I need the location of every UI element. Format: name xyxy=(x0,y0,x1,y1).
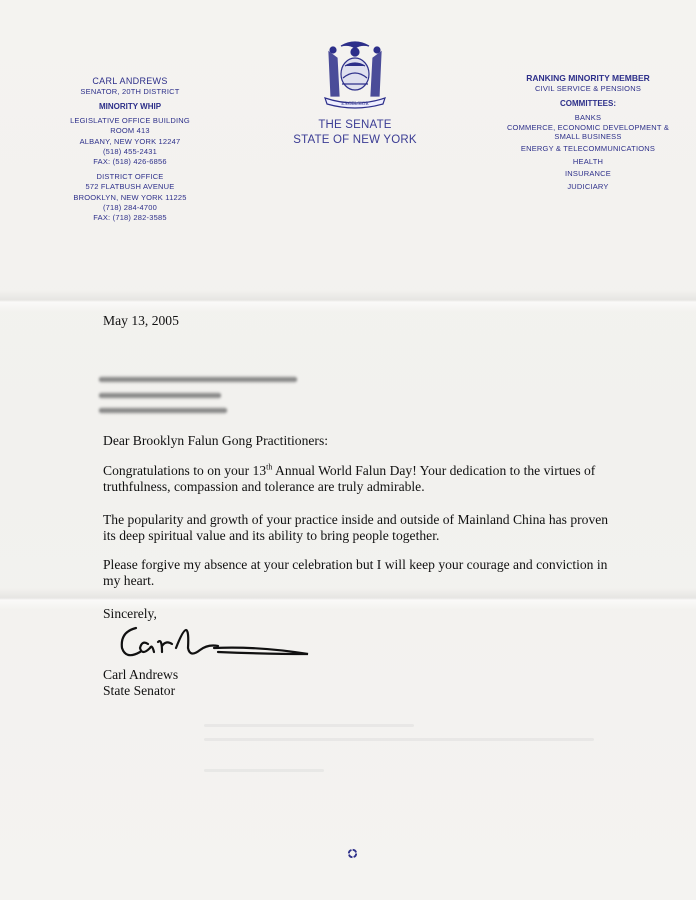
committee-item: INSURANCE xyxy=(480,168,696,181)
salutation: Dear Brooklyn Falun Gong Practitioners: xyxy=(103,433,328,449)
letter-date: May 13, 2005 xyxy=(103,313,179,329)
svg-text:EXCELSIOR: EXCELSIOR xyxy=(341,102,369,107)
bleed-through-text xyxy=(204,738,594,741)
state-seal-icon: EXCELSIOR xyxy=(311,38,399,110)
signer-title: State Senator xyxy=(103,683,175,699)
address-line: BROOKLYN, NEW YORK 11225 xyxy=(30,193,230,203)
paragraph-1: Congratulations to on your 13th Annual W… xyxy=(103,463,623,495)
address-line: LEGISLATIVE OFFICE BUILDING xyxy=(30,116,230,126)
fax-line: FAX: (518) 426-6856 xyxy=(30,157,230,167)
redacted-address-line xyxy=(99,407,227,414)
senator-role: MINORITY WHIP xyxy=(30,101,230,112)
signature-icon xyxy=(118,618,318,664)
paragraph-3: Please forgive my absence at your celebr… xyxy=(103,557,623,589)
senate-line2: STATE OF NEW YORK xyxy=(270,133,440,148)
senator-district: SENATOR, 20TH DISTRICT xyxy=(30,87,230,97)
committees-title: COMMITTEES: xyxy=(480,98,696,109)
redacted-address-line xyxy=(99,392,221,399)
redacted-address-line xyxy=(99,376,297,383)
committee-item: BANKS xyxy=(480,113,696,123)
senate-title: THE SENATE STATE OF NEW YORK xyxy=(270,118,440,148)
letterhead-right: RANKING MINORITY MEMBER CIVIL SERVICE & … xyxy=(480,73,696,193)
committee-item: SMALL BUSINESS xyxy=(480,132,696,141)
bleed-through-text xyxy=(204,724,414,727)
district-office: DISTRICT OFFICE 572 FLATBUSH AVENUE BROO… xyxy=(30,172,230,223)
ranking-title: RANKING MINORITY MEMBER xyxy=(480,73,696,84)
fax-line: FAX: (718) 282-3585 xyxy=(30,213,230,223)
address-line: DISTRICT OFFICE xyxy=(30,172,230,182)
ranking-committee: CIVIL SERVICE & PENSIONS xyxy=(480,84,696,94)
senator-name: CARL ANDREWS xyxy=(30,76,230,87)
committee-item: JUDICIARY xyxy=(480,181,696,194)
address-line: 572 FLATBUSH AVENUE xyxy=(30,182,230,192)
albany-office: LEGISLATIVE OFFICE BUILDING ROOM 413 ALB… xyxy=(30,116,230,167)
paragraph-2: The popularity and growth of your practi… xyxy=(103,512,623,544)
bleed-through-text xyxy=(204,769,324,772)
committee-item: HEALTH xyxy=(480,156,696,169)
committee-item: COMMERCE, ECONOMIC DEVELOPMENT & xyxy=(480,123,696,132)
letter-page: CARL ANDREWS SENATOR, 20TH DISTRICT MINO… xyxy=(0,0,696,900)
committee-item: ENERGY & TELECOMMUNICATIONS xyxy=(480,143,696,156)
address-line: ALBANY, NEW YORK 12247 xyxy=(30,137,230,147)
phone-line: (518) 455-2431 xyxy=(30,147,230,157)
paper-fold-line xyxy=(0,290,696,312)
letterhead-left: CARL ANDREWS SENATOR, 20TH DISTRICT MINO… xyxy=(30,76,230,223)
senate-line1: THE SENATE xyxy=(270,118,440,133)
address-line: ROOM 413 xyxy=(30,126,230,136)
recycle-icon xyxy=(347,848,358,859)
signer-name: Carl Andrews xyxy=(103,667,178,683)
phone-line: (718) 284-4700 xyxy=(30,203,230,213)
